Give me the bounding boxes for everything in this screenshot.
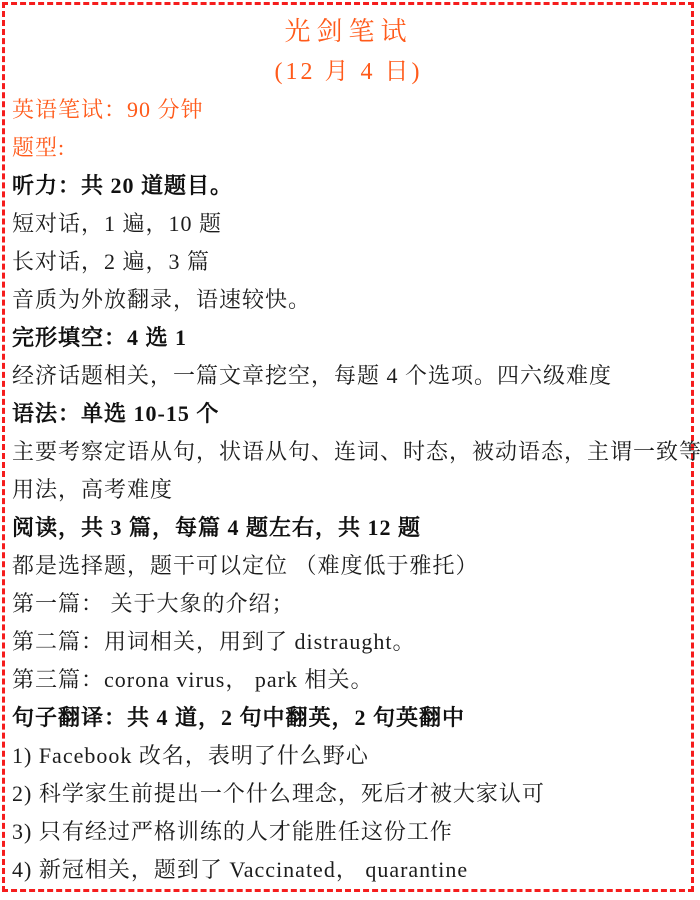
line-exam-duration: 英语笔试：90 分钟 [12, 91, 685, 129]
line-short-dialogues: 短对话，1 遍，10 题 [12, 205, 685, 243]
line-long-dialogues: 长对话，2 遍，3 篇 [12, 243, 685, 281]
line-translation-heading: 句子翻译：共 4 道，2 句中翻英，2 句英翻中 [12, 699, 685, 737]
line-translation-2: 2) 科学家生前提出一个什么理念，死后才被大家认可 [12, 775, 685, 813]
line-cloze-detail: 经济话题相关，一篇文章挖空，每题 4 个选项。四六级难度 [12, 357, 685, 395]
line-translation-1: 1) Facebook 改名，表明了什么野心 [12, 737, 685, 775]
line-question-types-label: 题型: [12, 129, 685, 167]
line-cloze-heading: 完形填空：4 选 1 [12, 319, 685, 357]
line-reading-passage-1: 第一篇： 关于大象的介绍； [12, 585, 685, 623]
line-grammar-heading: 语法：单选 10-15 个 [12, 395, 685, 433]
line-reading-passage-3: 第三篇：corona virus， park 相关。 [12, 661, 685, 699]
line-reading-detail: 都是选择题，题干可以定位 （难度低于雅托） [12, 547, 685, 585]
document-title: 光剑笔试 [12, 11, 685, 53]
line-translation-4: 4) 新冠相关，题到了 Vaccinated， quarantine [12, 851, 685, 889]
line-grammar-detail-1: 主要考察定语从句，状语从句、连词、时态，被动语态，主谓一致等的 [12, 433, 685, 471]
line-reading-passage-2: 第二篇：用词相关，用到了 distraught。 [12, 623, 685, 661]
line-grammar-detail-2: 用法，高考难度 [12, 471, 685, 509]
line-listening-heading: 听力：共 20 道题目。 [12, 167, 685, 205]
line-translation-3: 3) 只有经过严格训练的人才能胜任这份工作 [12, 813, 685, 851]
document-body: 英语笔试：90 分钟题型:听力：共 20 道题目。短对话，1 遍，10 题长对话… [12, 91, 685, 889]
document-date: (12 月 4 日) [12, 53, 685, 91]
line-audio-quality: 音质为外放翻录，语速较快。 [12, 281, 685, 319]
line-reading-heading: 阅读，共 3 篇，每篇 4 题左右，共 12 题 [12, 509, 685, 547]
exam-notes-document: 光剑笔试 (12 月 4 日) 英语笔试：90 分钟题型:听力：共 20 道题目… [2, 2, 694, 892]
